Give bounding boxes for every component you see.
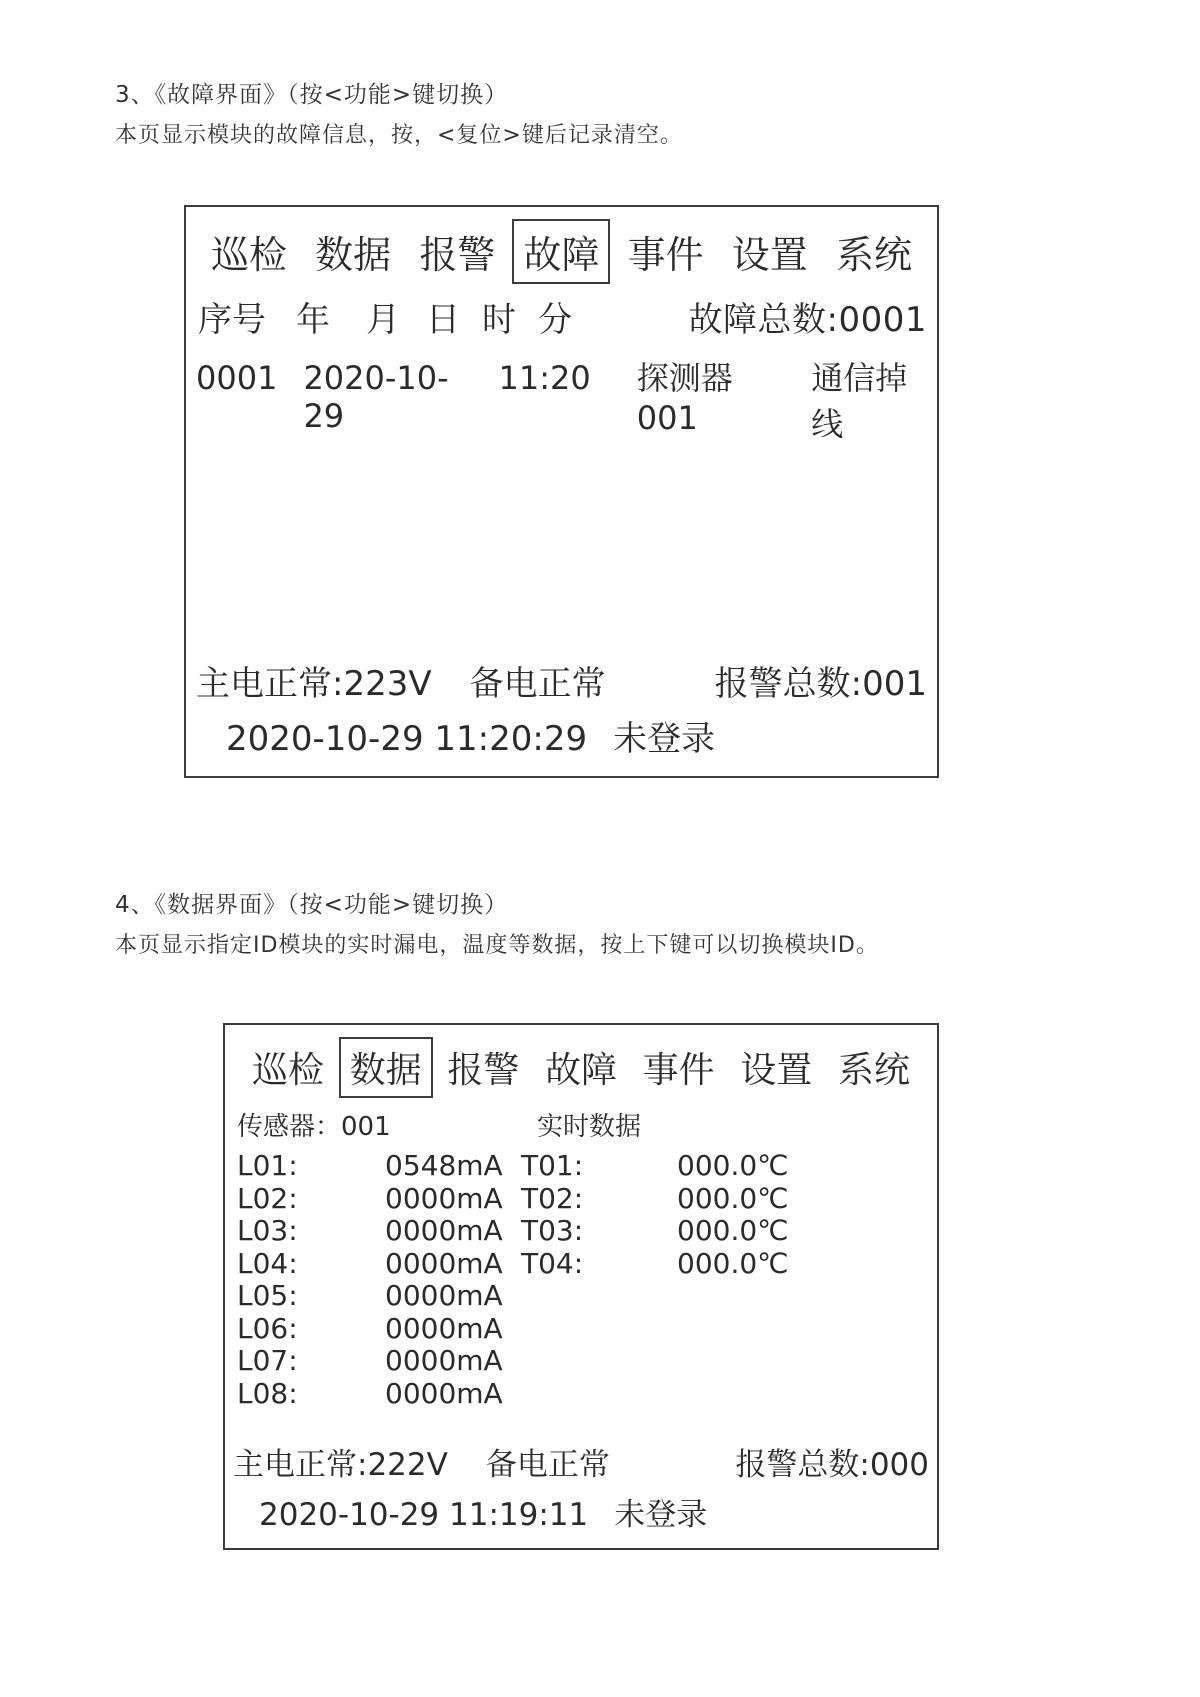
temp-value: 000.0℃ — [635, 1247, 805, 1280]
menu-item-data: 数据 — [339, 1037, 433, 1098]
column-minute: 分 — [538, 292, 572, 341]
alarm-total-count: 报警总数:001 — [715, 656, 927, 705]
temp-label: T01: — [517, 1149, 635, 1182]
leak-value: 0000mA — [385, 1377, 517, 1410]
data-datetime-row: 2020-10-29 11:19:11 未登录 — [225, 1489, 937, 1534]
leak-label: L04: — [237, 1247, 385, 1280]
fault-screen-blank-area — [186, 445, 937, 656]
leak-label: L05: — [237, 1279, 385, 1312]
fault-table-header: 序号 年 月 日 时 分 故障总数:0001 — [186, 292, 937, 341]
leak-value: 0000mA — [385, 1344, 517, 1377]
column-month: 月 — [366, 292, 400, 341]
column-seq: 序号 — [198, 292, 266, 341]
realtime-data-table: L01: 0548mA T01: 000.0℃ L02: 0000mA T02:… — [225, 1149, 937, 1409]
column-day: 日 — [426, 292, 460, 341]
system-datetime: 2020-10-29 11:19:11 — [259, 1497, 588, 1533]
section4-heading: 4、《数据界面》（按<功能>键切换） — [115, 886, 508, 919]
data-row-5: L05: 0000mA — [225, 1279, 937, 1312]
record-device: 探测器001 — [637, 353, 782, 437]
leak-label: L06: — [237, 1312, 385, 1345]
temp-value: 000.0℃ — [635, 1149, 805, 1182]
leak-label: L01: — [237, 1149, 385, 1182]
menu-item-event: 事件 — [632, 1037, 726, 1098]
realtime-data-label: 实时数据 — [537, 1106, 641, 1143]
leak-label: L07: — [237, 1344, 385, 1377]
leak-label: L03: — [237, 1214, 385, 1247]
menu-item-settings: 设置 — [721, 219, 819, 284]
main-power-status: 主电正常:222V — [233, 1439, 448, 1484]
menu-item-patrol: 巡检 — [241, 1037, 335, 1098]
data-row-6: L06: 0000mA — [225, 1312, 937, 1345]
temp-label: T04: — [517, 1247, 635, 1280]
data-status-row: 主电正常:222V 备电正常 报警总数:000 — [225, 1439, 937, 1484]
fault-screen-panel: 巡检 数据 报警 故障 事件 设置 系统 序号 年 月 日 时 分 故障总数:0… — [184, 205, 939, 778]
column-hour: 时 — [482, 292, 516, 341]
fault-screen-menu: 巡检 数据 报警 故障 事件 设置 系统 — [186, 219, 937, 284]
menu-item-event: 事件 — [617, 219, 715, 284]
leak-value: 0548mA — [385, 1149, 517, 1182]
menu-item-alarm: 报警 — [408, 219, 506, 284]
sensor-id-label: 传感器：001 — [237, 1106, 537, 1143]
data-row-8: L08: 0000mA — [225, 1377, 937, 1410]
temp-label: T02: — [517, 1182, 635, 1215]
leak-value: 0000mA — [385, 1182, 517, 1215]
fault-datetime-row: 2020-10-29 11:20:29 未登录 — [186, 711, 937, 760]
leak-label: L02: — [237, 1182, 385, 1215]
menu-item-alarm: 报警 — [436, 1037, 530, 1098]
column-year: 年 — [296, 292, 330, 341]
fault-record-row: 0001 2020-10-29 11:20 探测器001 通信掉线 — [186, 353, 937, 445]
menu-item-system: 系统 — [827, 1037, 921, 1098]
login-status: 未登录 — [613, 711, 715, 760]
data-row-4: L04: 0000mA T04: 000.0℃ — [225, 1247, 937, 1280]
leak-value: 0000mA — [385, 1247, 517, 1280]
sensor-row: 传感器：001 实时数据 — [225, 1106, 937, 1143]
record-seq: 0001 — [196, 359, 277, 397]
menu-item-settings: 设置 — [729, 1037, 823, 1098]
record-date: 2020-10-29 — [303, 359, 474, 435]
data-row-3: L03: 0000mA T03: 000.0℃ — [225, 1214, 937, 1247]
temp-value: 000.0℃ — [635, 1214, 805, 1247]
leak-value: 0000mA — [385, 1312, 517, 1345]
fault-total-count: 故障总数:0001 — [689, 292, 927, 341]
data-screen-blank-area — [225, 1409, 937, 1439]
section4-description: 本页显示指定ID模块的实时漏电，温度等数据，按上下键可以切换模块ID。 — [115, 928, 879, 959]
record-time: 11:20 — [499, 359, 591, 397]
backup-power-status: 备电正常 — [470, 656, 606, 705]
fault-status-row: 主电正常:223V 备电正常 报警总数:001 — [186, 656, 937, 705]
menu-item-fault: 故障 — [512, 219, 610, 284]
system-datetime: 2020-10-29 11:20:29 — [226, 719, 587, 759]
leak-value: 0000mA — [385, 1214, 517, 1247]
data-row-1: L01: 0548mA T01: 000.0℃ — [225, 1149, 937, 1182]
leak-label: L08: — [237, 1377, 385, 1410]
main-power-status: 主电正常:223V — [196, 656, 432, 705]
menu-item-system: 系统 — [825, 219, 923, 284]
data-screen-menu: 巡检 数据 报警 故障 事件 设置 系统 — [225, 1037, 937, 1098]
menu-item-data: 数据 — [304, 219, 402, 284]
data-row-2: L02: 0000mA T02: 000.0℃ — [225, 1182, 937, 1215]
section3-description: 本页显示模块的故障信息，按，<复位>键后记录清空。 — [115, 118, 683, 149]
backup-power-status: 备电正常 — [486, 1439, 610, 1484]
temp-label: T03: — [517, 1214, 635, 1247]
section3-heading: 3、《故障界面》（按<功能>键切换） — [115, 76, 508, 109]
menu-item-patrol: 巡检 — [200, 219, 298, 284]
record-message: 通信掉线 — [811, 353, 929, 445]
leak-value: 0000mA — [385, 1279, 517, 1312]
menu-item-fault: 故障 — [534, 1037, 628, 1098]
temp-value: 000.0℃ — [635, 1182, 805, 1215]
login-status: 未登录 — [614, 1489, 707, 1534]
alarm-total-count: 报警总数:000 — [735, 1439, 929, 1484]
data-screen-panel: 巡检 数据 报警 故障 事件 设置 系统 传感器：001 实时数据 L01: 0… — [223, 1023, 939, 1550]
data-row-7: L07: 0000mA — [225, 1344, 937, 1377]
